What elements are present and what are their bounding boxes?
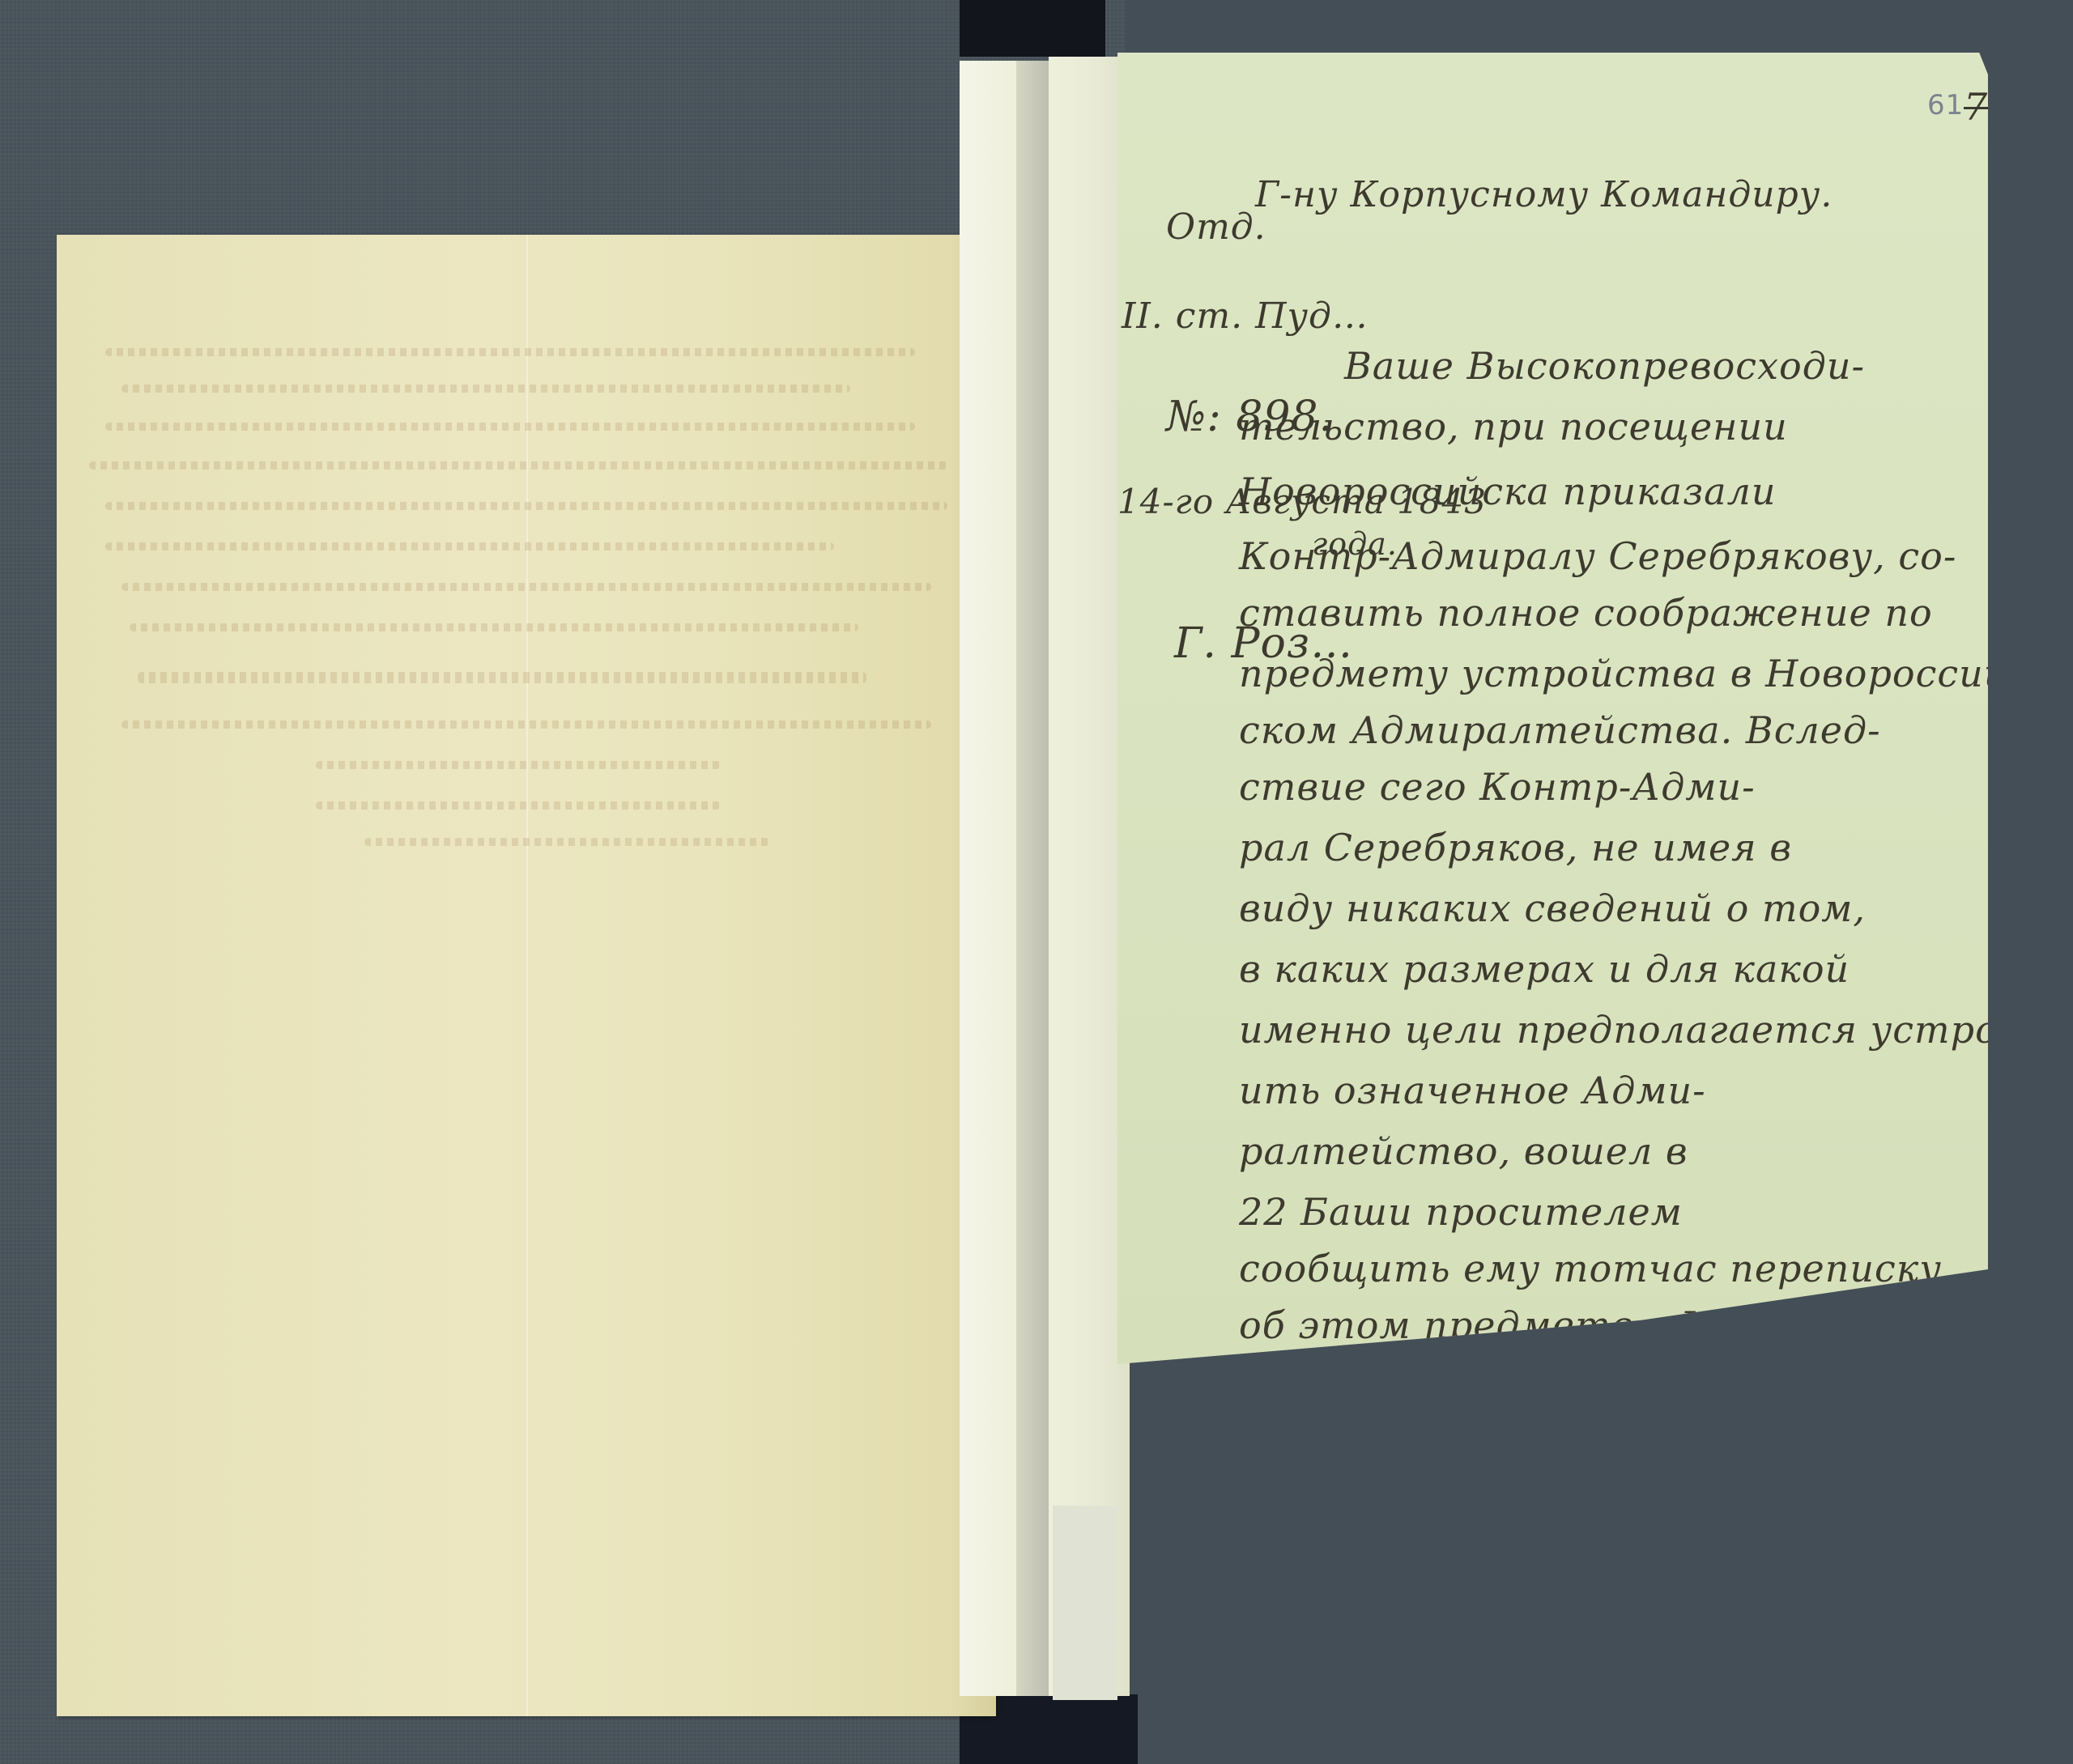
body-line-7: ском Адмиралтейства. Вслед-	[1239, 708, 1881, 752]
bleed-through-line	[138, 672, 866, 683]
body-line-16: сообщить ему тотчас переписку	[1239, 1247, 1942, 1290]
body-line-4: Контр-Адмиралу Серебрякову, со-	[1239, 534, 1956, 578]
paper-fold	[526, 235, 528, 1716]
binding-shadow	[1016, 61, 1049, 1696]
bleed-through-line	[121, 583, 931, 591]
binding-strip	[960, 61, 1016, 1696]
body-line-1: Ваше Высокопревосходи-	[1344, 344, 1865, 388]
body-line-9: рал Серебряков, не имея в	[1239, 826, 1792, 869]
left-page-blank	[57, 235, 996, 1716]
margin-subsection: II. ст. Пуд…	[1122, 295, 1369, 337]
binding-strip	[1053, 1506, 1117, 1700]
margin-section: Отд.	[1166, 206, 1266, 248]
body-line-3: Новороссийска приказали	[1239, 470, 1777, 513]
body-line-12: именно цели предполагается устро-	[1239, 1008, 2011, 1052]
folio-number-pencil: 61	[1927, 89, 1964, 121]
body-line-5: ставить полное соображение по	[1239, 591, 1933, 635]
body-line-6: предмету устройства в Новороссий-	[1239, 652, 2022, 695]
body-line-11: в каких размерах и для какой	[1239, 947, 1850, 991]
bleed-through-line	[105, 348, 915, 356]
bleed-through-line	[130, 623, 858, 631]
binding-tab-top	[960, 0, 1105, 57]
body-line-8: ствие сего Контр-Адми-	[1239, 765, 1756, 809]
body-line-2: тельство, при посещении	[1239, 405, 1788, 448]
body-line-15: 22 Баши просителем	[1239, 1190, 1683, 1234]
bleed-through-line	[364, 838, 769, 846]
bleed-through-line	[121, 720, 931, 729]
bleed-through-line	[105, 502, 947, 510]
bleed-through-line	[121, 385, 850, 393]
bleed-through-line	[89, 461, 947, 470]
bleed-through-line	[316, 801, 721, 810]
addressee: Г-ну Корпусному Командиру.	[1255, 174, 1832, 215]
bleed-through-line	[105, 542, 834, 550]
body-line-14: ралтейство, вошел в	[1239, 1129, 1688, 1173]
body-line-13: ить означенное Адми-	[1239, 1069, 1706, 1112]
bleed-through-line	[316, 761, 721, 769]
bleed-through-line	[105, 423, 915, 431]
body-line-10: виду никаких сведений о том,	[1239, 886, 1866, 930]
